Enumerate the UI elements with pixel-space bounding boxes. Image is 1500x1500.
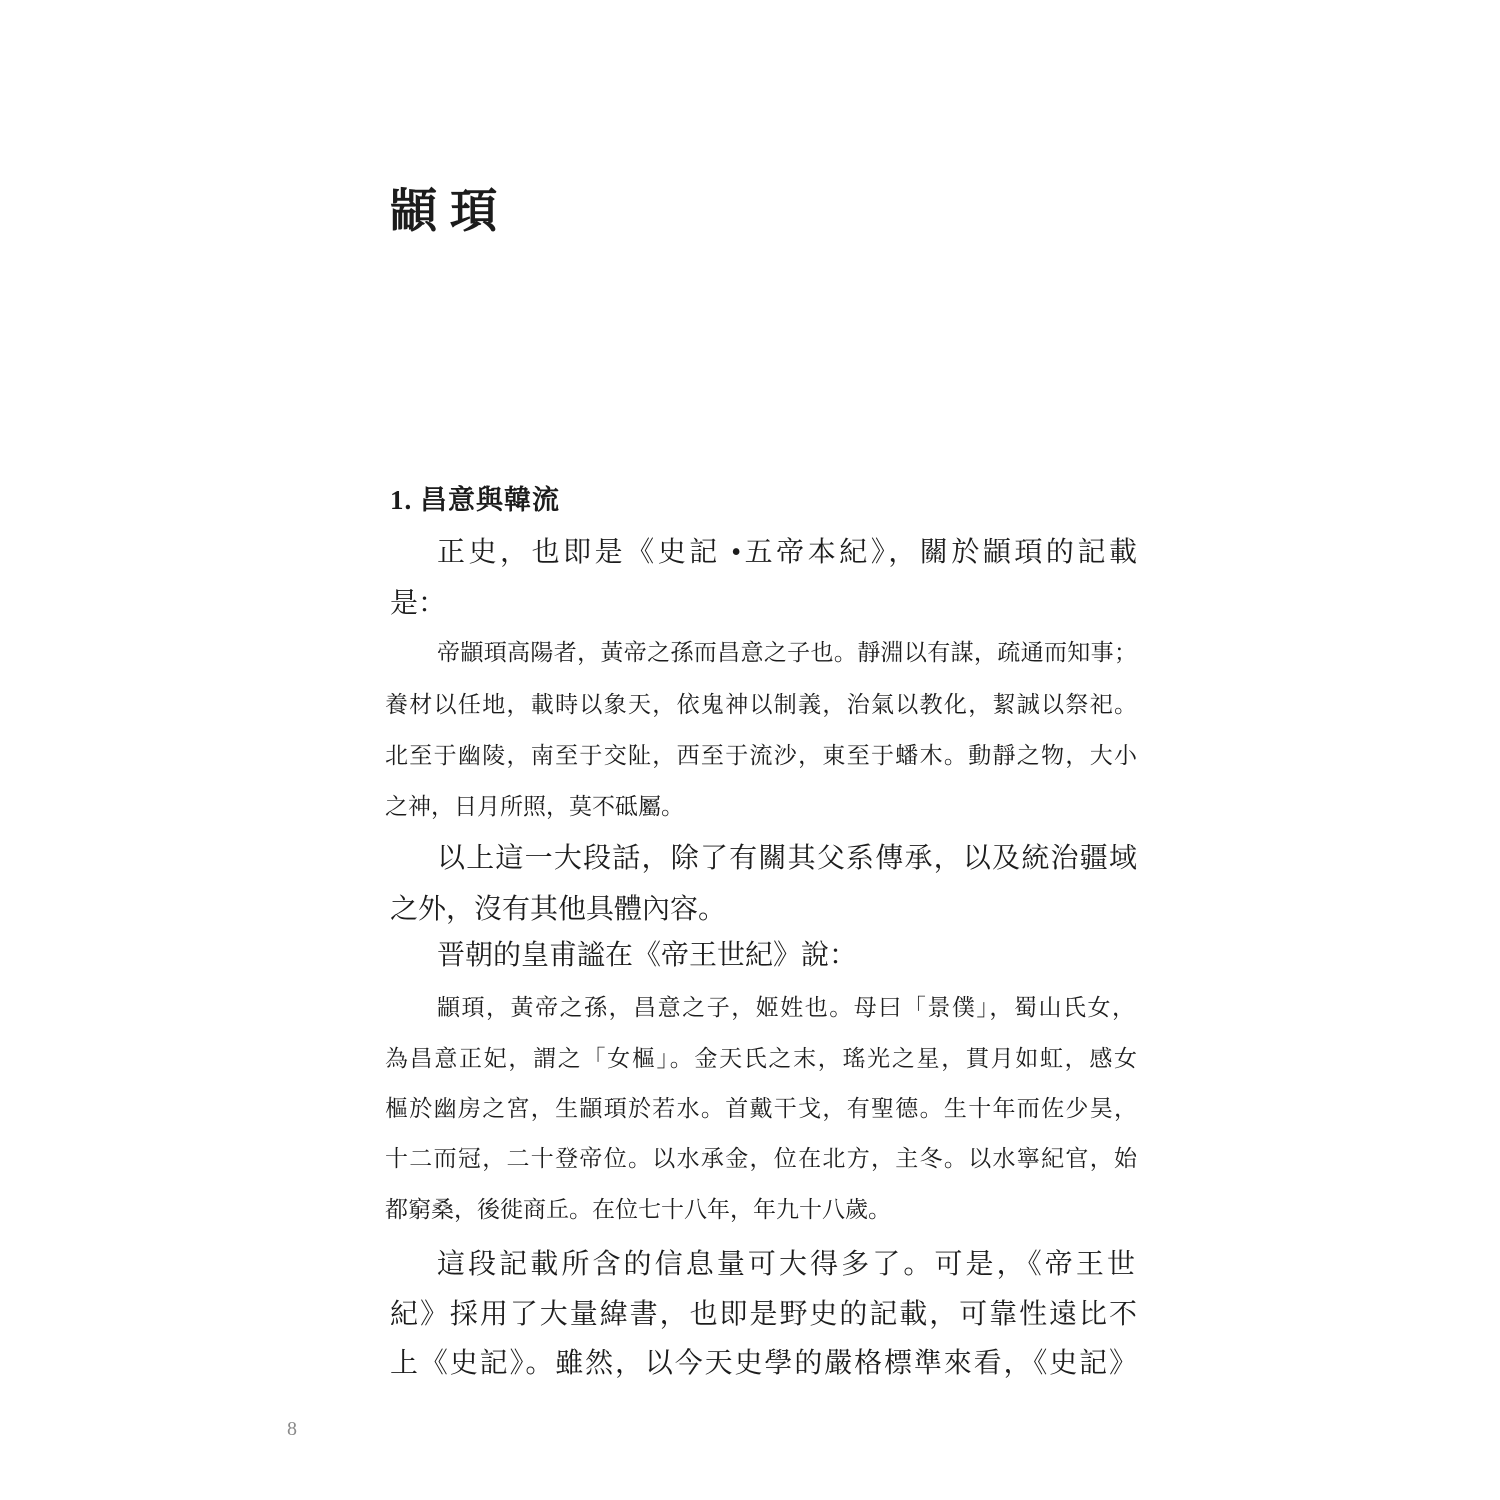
paragraph-4-line-1: 這段記載所含的信息量可大得多了。可是，《帝王世 — [437, 1242, 1135, 1282]
page-title: 顓頊 — [390, 174, 510, 241]
quote-diwang-shiji-line-4: 十二而冠，二十登帝位。以水承金，位在北方，主冬。以水寧紀官，始 — [385, 1140, 1137, 1173]
paragraph-1-line-1: 正史，也即是《史記 •五帝本紀》，關於顓頊的記載 — [437, 530, 1137, 570]
quote-diwang-shiji-line-5: 都窮桑，後徙商丘。在位七十八年，年九十八歲。 — [385, 1191, 891, 1224]
quote-diwang-shiji-line-2: 為昌意正妃，謂之「女樞」。金天氏之末，瑤光之星，貫月如虹，感女 — [385, 1040, 1137, 1073]
quote-diwang-shiji-line-3: 樞於幽房之宮，生顓頊於若水。首戴干戈，有聖德。生十年而佐少昊， — [385, 1090, 1137, 1123]
paragraph-2-line-2: 之外，沒有其他具體內容。 — [390, 887, 726, 927]
paragraph-2-line-1: 以上這一大段話，除了有關其父系傳承，以及統治疆域 — [437, 836, 1137, 876]
quote-diwang-shiji-line-1: 顓頊，黃帝之孫，昌意之子，姬姓也。母曰「景僕」，蜀山氏女， — [437, 989, 1135, 1022]
paragraph-4-line-2: 紀》採用了大量緯書，也即是野史的記載，可靠性遠比不 — [390, 1292, 1137, 1332]
quote-shiji-line-3: 北至于幽陵，南至于交阯，西至于流沙，東至于蟠木。動靜之物，大小 — [385, 737, 1137, 770]
quote-shiji-line-4: 之神，日月所照，莫不砥屬。 — [385, 788, 684, 821]
scanned-book-page: 顓頊 1. 昌意與韓流 正史，也即是《史記 •五帝本紀》，關於顓頊的記載 是： … — [0, 0, 1500, 1500]
page-number: 8 — [287, 1418, 297, 1441]
paragraph-3-line-1: 晋朝的皇甫謐在《帝王世紀》說： — [437, 933, 857, 973]
quote-shiji-line-2: 養材以任地，載時以象天，依鬼神以制義，治氣以教化，絜誠以祭祀。 — [385, 686, 1137, 719]
paragraph-1-line-2: 是： — [390, 581, 446, 621]
section-heading: 1. 昌意與韓流 — [390, 478, 560, 517]
quote-shiji-line-1: 帝顓頊高陽者，黃帝之孫而昌意之子也。靜淵以有謀，疏通而知事； — [437, 634, 1137, 667]
paragraph-4-line-3: 上《史記》。雖然，以今天史學的嚴格標準來看，《史記》 — [390, 1341, 1137, 1381]
